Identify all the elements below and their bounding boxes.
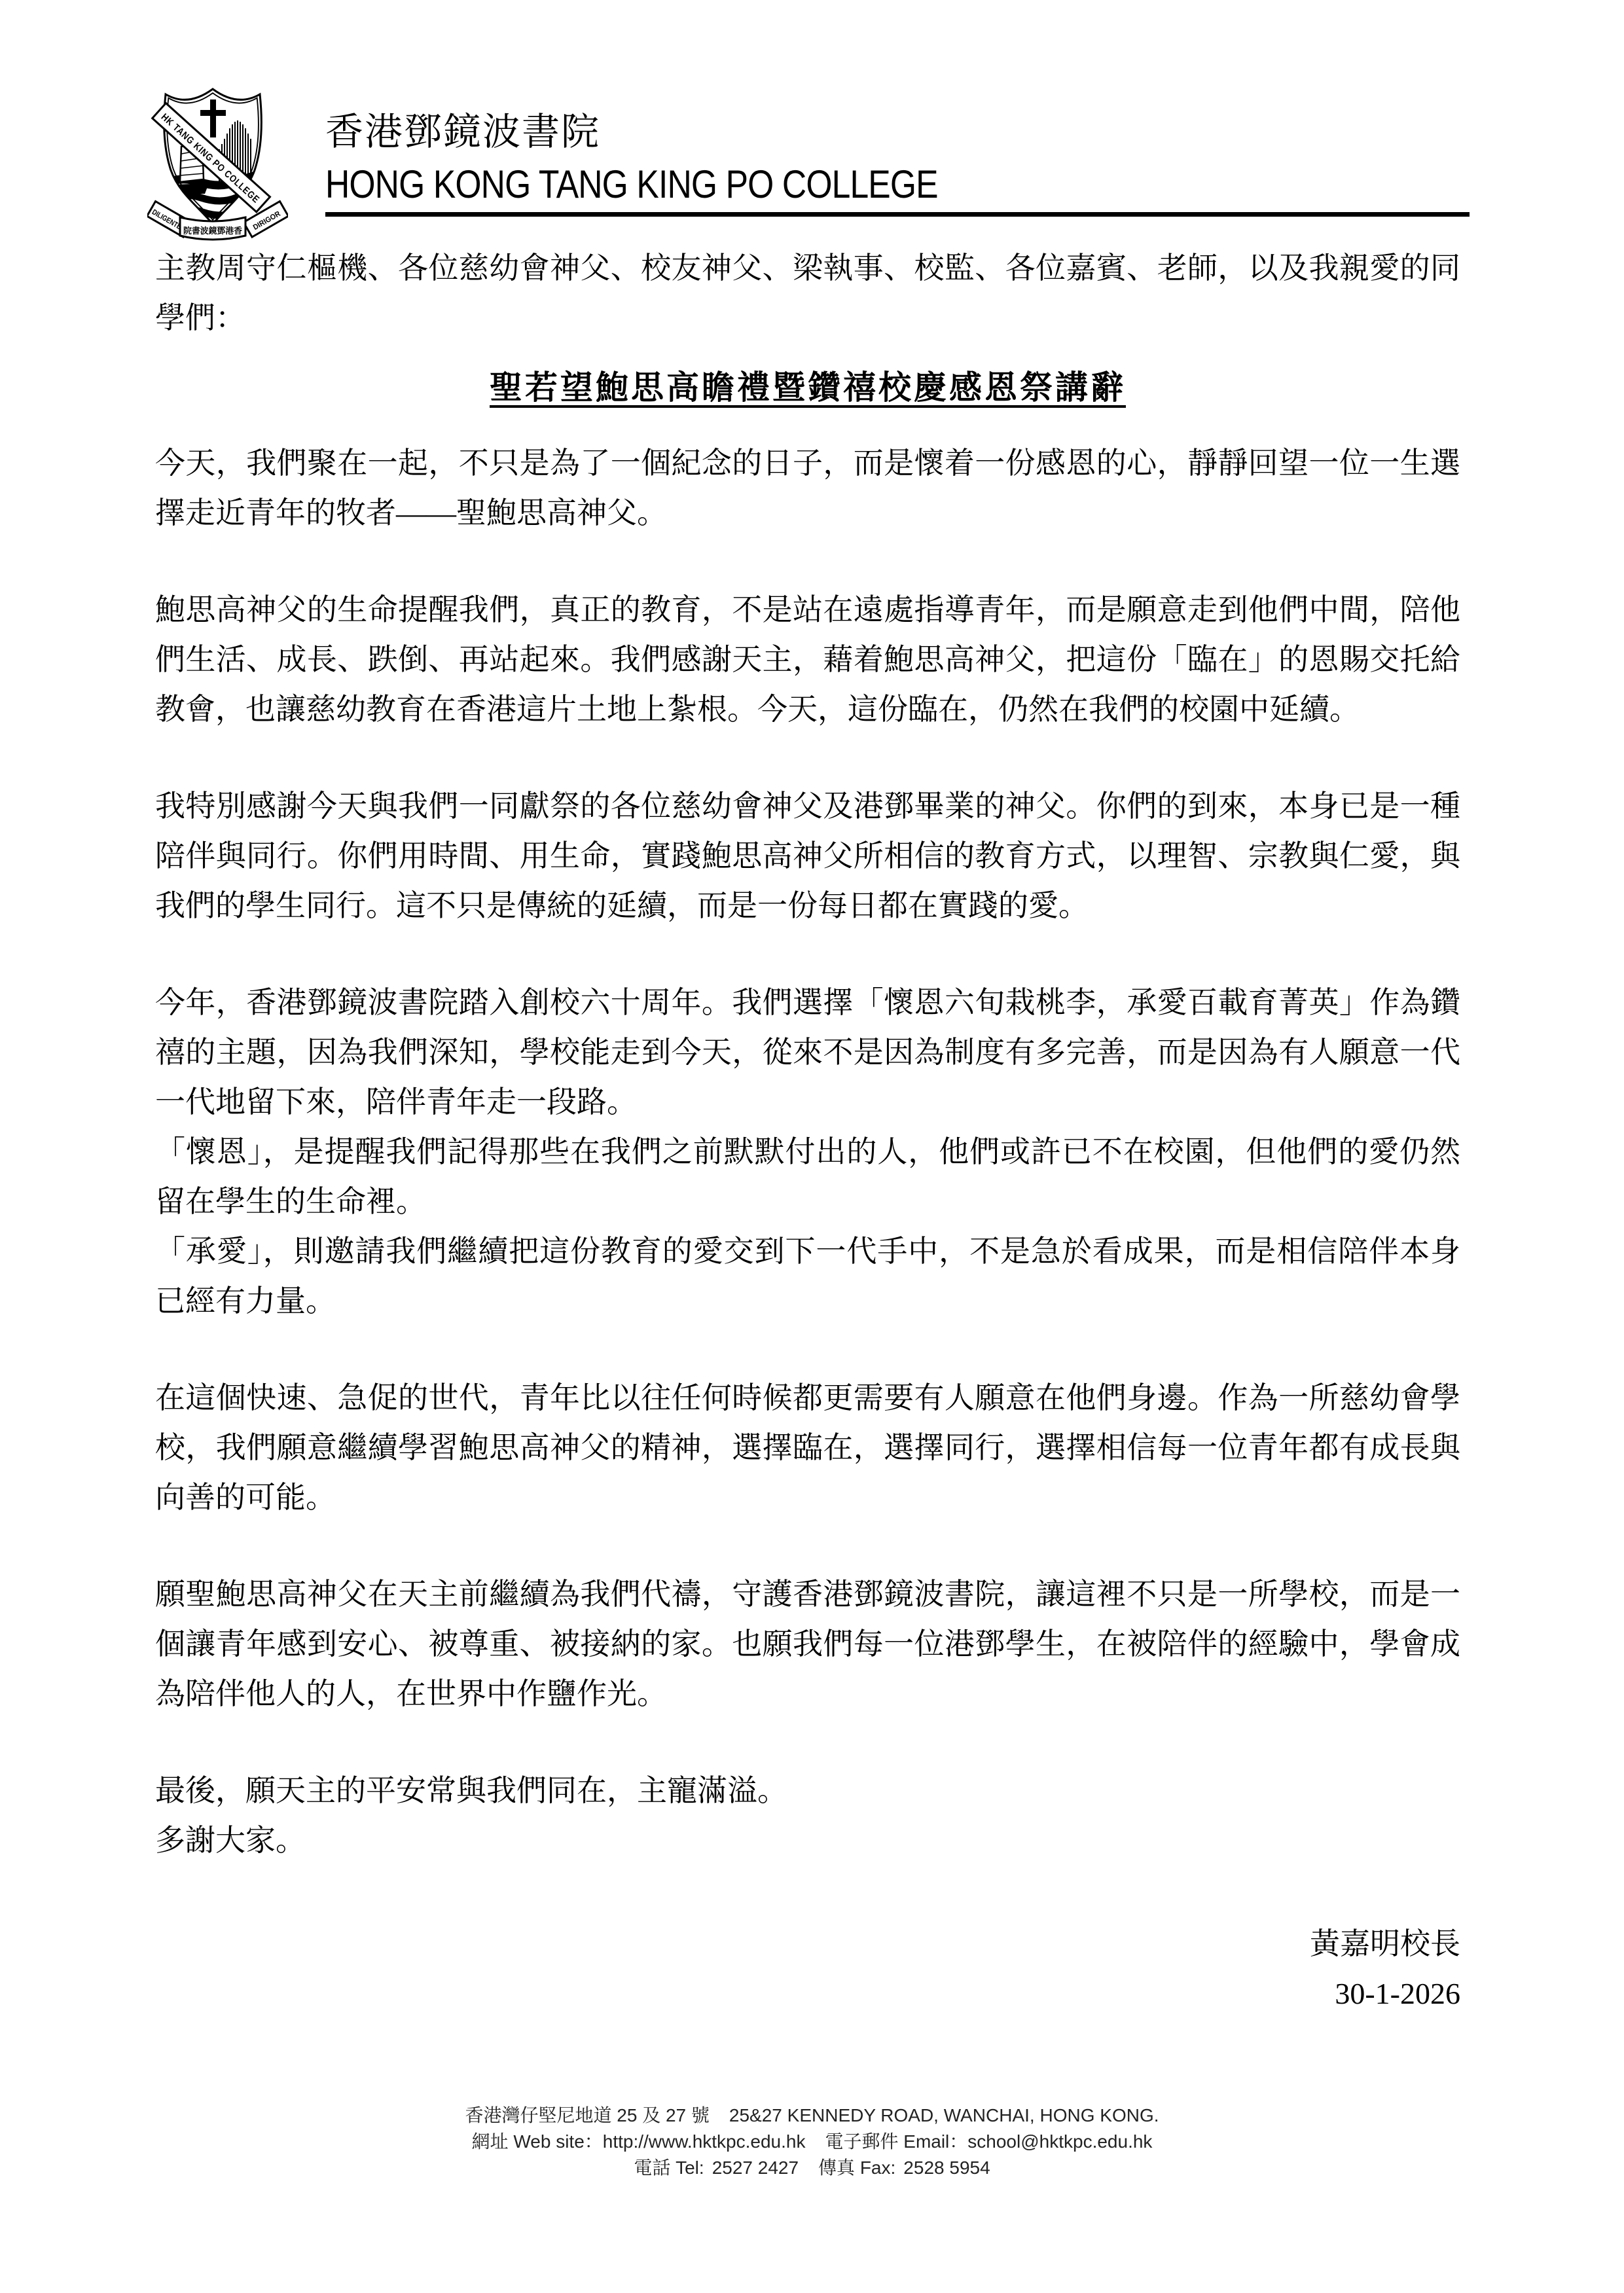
signature-block: 黃嘉明校長 30-1-2026 xyxy=(155,1919,1460,2019)
footer-phone-line: 電話 Tel:2527 2427傳真 Fax:2528 5954 xyxy=(0,2155,1624,2181)
footer-website-url: http://www.hktkpc.edu.hk xyxy=(603,2131,806,2152)
footer-email-address: school@hktkpc.edu.hk xyxy=(967,2131,1152,2152)
school-name-zh: 香港鄧鏡波書院 xyxy=(325,105,1470,160)
header-rule xyxy=(325,212,1470,217)
letter-body: 主教周守仁樞機、各位慈幼會神父、校友神父、梁執事、校監、各位嘉賓、老師，以及我親… xyxy=(155,244,1460,2019)
footer-tel-label: 電話 Tel: xyxy=(634,2158,704,2178)
salutation: 主教周守仁樞機、各位慈幼會神父、校友神父、梁執事、校監、各位嘉賓、老師，以及我親… xyxy=(155,244,1460,343)
letter-paragraph: 願聖鮑思高神父在天主前繼續為我們代禱，守護香港鄧鏡波書院，讓這裡不只是一所學校，… xyxy=(155,1570,1460,1719)
footer-fax-number: 2528 5954 xyxy=(903,2158,990,2178)
letterhead: 香港鄧鏡波書院 HONG KONG TANG KING PO COLLEGE xyxy=(325,105,1470,217)
footer-web-line: 網址 Web site：http://www.hktkpc.edu.hk電子郵件… xyxy=(0,2129,1624,2155)
letter-paragraph: 最後，願天主的平安常與我們同在，主寵滿溢。 xyxy=(155,1766,1460,1816)
footer-email-label: 電子郵件 Email： xyxy=(825,2131,967,2152)
footer: 香港灣仔堅尼地道 25 及 27 號25&27 KENNEDY ROAD, WA… xyxy=(0,2103,1624,2181)
school-crest-logo: HK TANG KING PO COLLEGE DILIGENTER DIRIG… xyxy=(147,84,288,247)
footer-website-label: 網址 Web site： xyxy=(472,2131,603,2152)
letter-paragraph: 今天，我們聚在一起，不只是為了一個紀念的日子，而是懷着一份感恩的心，靜靜回望一位… xyxy=(155,439,1460,538)
signature-date: 30-1-2026 xyxy=(155,1969,1460,2019)
footer-address-zh: 香港灣仔堅尼地道 25 及 27 號 xyxy=(465,2105,709,2125)
letter-paragraph: 今年，香港鄧鏡波書院踏入創校六十周年。我們選擇「懷恩六旬栽桃李，承愛百載育菁英」… xyxy=(155,978,1460,1127)
letter-paragraphs: 今天，我們聚在一起，不只是為了一個紀念的日子，而是懷着一份感恩的心，靜靜回望一位… xyxy=(155,439,1460,1866)
letter-paragraph: 多謝大家。 xyxy=(155,1816,1460,1866)
document-title: 聖若望鮑思高瞻禮暨鑽禧校慶感恩祭講辭 xyxy=(155,361,1460,414)
school-crest-svg: HK TANG KING PO COLLEGE DILIGENTER DIRIG… xyxy=(147,84,288,244)
footer-fax-label: 傳真 Fax: xyxy=(818,2158,895,2178)
footer-address-en: 25&27 KENNEDY ROAD, WANCHAI, HONG KONG. xyxy=(729,2105,1159,2125)
motto-center-text: 院書波鏡鄧港香 xyxy=(183,226,242,236)
letter-paragraph: 「承愛」，則邀請我們繼續把這份教育的愛交到下一代手中，不是急於看成果，而是相信陪… xyxy=(155,1227,1460,1326)
letter-paragraph: 在這個快速、急促的世代，青年比以往任何時候都更需要有人願意在他們身邊。作為一所慈… xyxy=(155,1373,1460,1523)
letter-paragraph: 我特別感謝今天與我們一同獻祭的各位慈幼會神父及港鄧畢業的神父。你們的到來，本身已… xyxy=(155,782,1460,931)
school-name-en: HONG KONG TANG KING PO COLLEGE xyxy=(325,164,1470,206)
letter-page: HK TANG KING PO COLLEGE DILIGENTER DIRIG… xyxy=(0,0,1624,2293)
footer-address-line: 香港灣仔堅尼地道 25 及 27 號25&27 KENNEDY ROAD, WA… xyxy=(0,2103,1624,2129)
letter-paragraph: 鮑思高神父的生命提醒我們，真正的教育，不是站在遠處指導青年，而是願意走到他們中間… xyxy=(155,585,1460,734)
footer-tel-number: 2527 2427 xyxy=(712,2158,799,2178)
letter-paragraph: 「懷恩」，是提醒我們記得那些在我們之前默默付出的人，他們或許已不在校園，但他們的… xyxy=(155,1127,1460,1227)
signature-name: 黃嘉明校長 xyxy=(155,1919,1460,1969)
